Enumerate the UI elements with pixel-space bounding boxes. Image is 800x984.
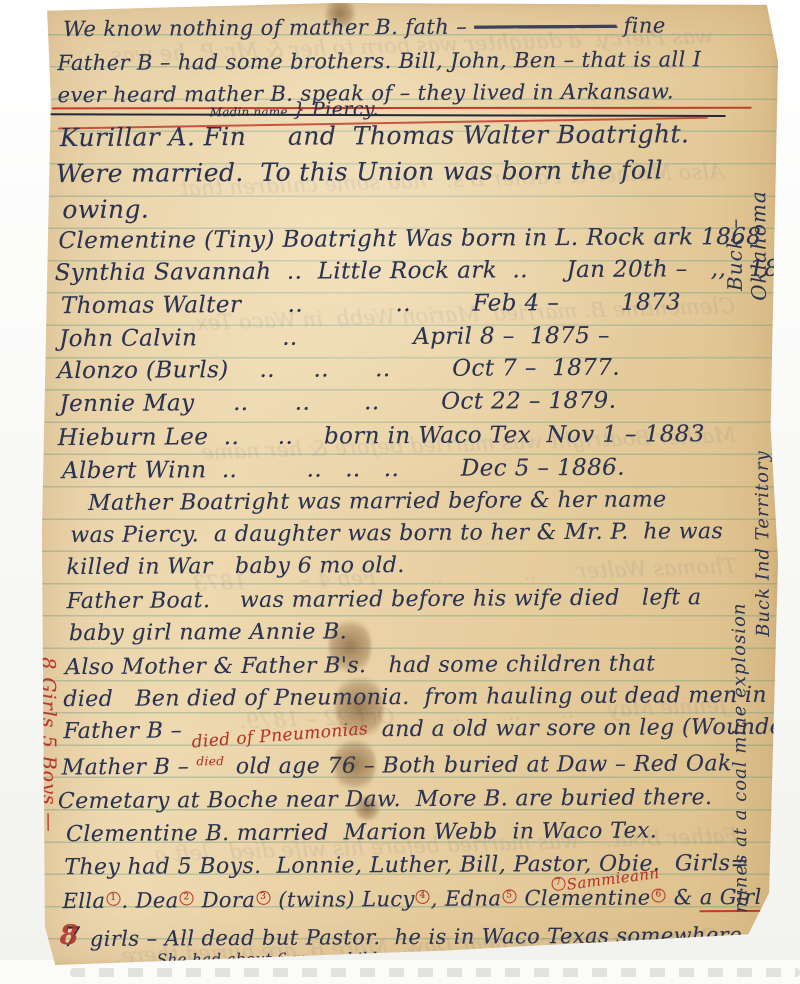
circled-number: 1 bbox=[106, 892, 120, 906]
crossed-out-text: —— ——— —— bbox=[474, 14, 617, 39]
text-segment: . Dea bbox=[121, 888, 178, 912]
handwritten-line: Kurillar A. Fin and Thomas Walter Boatri… bbox=[60, 119, 690, 152]
handwritten-line: Mather Boatright was married before & he… bbox=[88, 487, 667, 516]
text-segment: Mather B – bbox=[62, 755, 197, 781]
handwritten-line: killed in War baby 6 mo old. bbox=[66, 553, 404, 580]
handwritten-line: died Ben died of Pneumonia. from hauling… bbox=[63, 683, 767, 712]
circled-number: 2 bbox=[180, 891, 194, 905]
text-segment: fine bbox=[616, 13, 665, 37]
handwritten-line: Hieburn Lee .. .. born in Waco Tex Nov 1… bbox=[58, 421, 705, 451]
binder-perforations bbox=[70, 968, 800, 977]
margin-note-buck: Buck – bbox=[722, 218, 746, 291]
handwritten-line: Alonzo (Burls) .. .. .. Oct 7 – 1877. bbox=[57, 355, 620, 384]
circled-number: 3 bbox=[256, 891, 270, 905]
circled-number: 6 bbox=[652, 888, 666, 902]
circled-number: 5 bbox=[502, 889, 516, 903]
text-segment: old age 76 – Both buried at Daw – Red Oa… bbox=[228, 751, 731, 779]
corrected-number: 78 bbox=[63, 922, 83, 953]
text-segment: Ella bbox=[62, 889, 105, 913]
text-segment: & bbox=[667, 885, 700, 909]
scanned-document-photo: was Piercy. a daughter was born to her &… bbox=[0, 0, 800, 984]
handwritten-line: was Piercy. a daughter was born to her &… bbox=[70, 519, 723, 548]
margin-note-territory: Buck Ind Territory bbox=[752, 450, 774, 637]
handwritten-line: Cemetary at Boche near Daw. More B. are … bbox=[58, 785, 713, 814]
margin-note-explosion: mines at a coal mine explosion bbox=[729, 602, 752, 913]
paper: was Piercy. a daughter was born to her &… bbox=[36, 3, 778, 965]
handwritten-line: baby girl name Annie B. bbox=[69, 619, 347, 646]
handwritten-line: Thomas Walter .. .. Feb 4 – 1873 bbox=[61, 289, 681, 319]
text-segment: Dora bbox=[194, 888, 255, 912]
handwritten-line: owing. bbox=[62, 195, 149, 225]
red-correction-number: 8 bbox=[60, 920, 79, 951]
handwritten-line: 78 girls – All dead but Pastor. he is in… bbox=[63, 918, 742, 953]
paper-content: was Piercy. a daughter was born to her &… bbox=[33, 1, 781, 968]
circled-number: 7 bbox=[551, 876, 567, 892]
annotation-label: Madin name bbox=[210, 105, 288, 119]
handwritten-line: Jennie May .. .. .. Oct 22 – 1879. bbox=[59, 388, 616, 417]
red-ink-insertion: died bbox=[196, 754, 224, 768]
handwritten-line: Synthia Savannah .. Little Rock ark .. J… bbox=[55, 256, 800, 287]
red-underline bbox=[52, 107, 752, 110]
handwritten-line: We know nothing of mather B. fath – —— —… bbox=[63, 13, 666, 41]
handwritten-line: Were married. To this Union was born the… bbox=[56, 155, 663, 188]
handwritten-line: Albert Winn .. .. .. .. Dec 5 – 1886. bbox=[62, 455, 625, 484]
black-underline bbox=[46, 113, 726, 117]
handwritten-line: Father Boat. was married before his wife… bbox=[67, 585, 702, 614]
handwritten-line: Ella1. Dea2 Dora3 (twins) Lucy4, Edna5 C… bbox=[62, 884, 800, 913]
handwritten-line: John Calvin .. April 8 – 1875 – bbox=[59, 323, 610, 352]
text-segment: Father B – bbox=[63, 718, 189, 744]
handwritten-line: Mather B – died old age 76 – Both buried… bbox=[62, 751, 732, 780]
maiden-name-annotation: Madin name } Piercy. bbox=[210, 98, 379, 121]
text-segment: girls – All dead but Pastor. he is in Wa… bbox=[83, 923, 742, 951]
handwritten-line: Father B – died of Pneumonias and a old … bbox=[63, 715, 800, 745]
circled-number: 4 bbox=[416, 890, 430, 904]
sheet-protector-strip bbox=[0, 960, 800, 984]
margin-note-left-red: 8 Girls 5 Boys — bbox=[37, 657, 60, 833]
handwritten-line: Father B – had some brothers. Bill, John… bbox=[57, 47, 701, 75]
margin-note-oklahoma: Oklahoma bbox=[746, 190, 771, 301]
text-segment: (twins) Lucy bbox=[271, 887, 415, 912]
text-segment: , Edna bbox=[431, 886, 502, 910]
handwritten-line: Clementine B. married Marion Webb in Wac… bbox=[66, 818, 657, 847]
handwritten-line: Also Mother & Father B's. had some child… bbox=[65, 651, 655, 680]
text-segment: We know nothing of mather B. fath – bbox=[63, 15, 474, 42]
handwritten-line: Clementine (Tiny) Boatright Was born in … bbox=[58, 224, 761, 254]
annotation-value: } Piercy. bbox=[293, 98, 379, 121]
